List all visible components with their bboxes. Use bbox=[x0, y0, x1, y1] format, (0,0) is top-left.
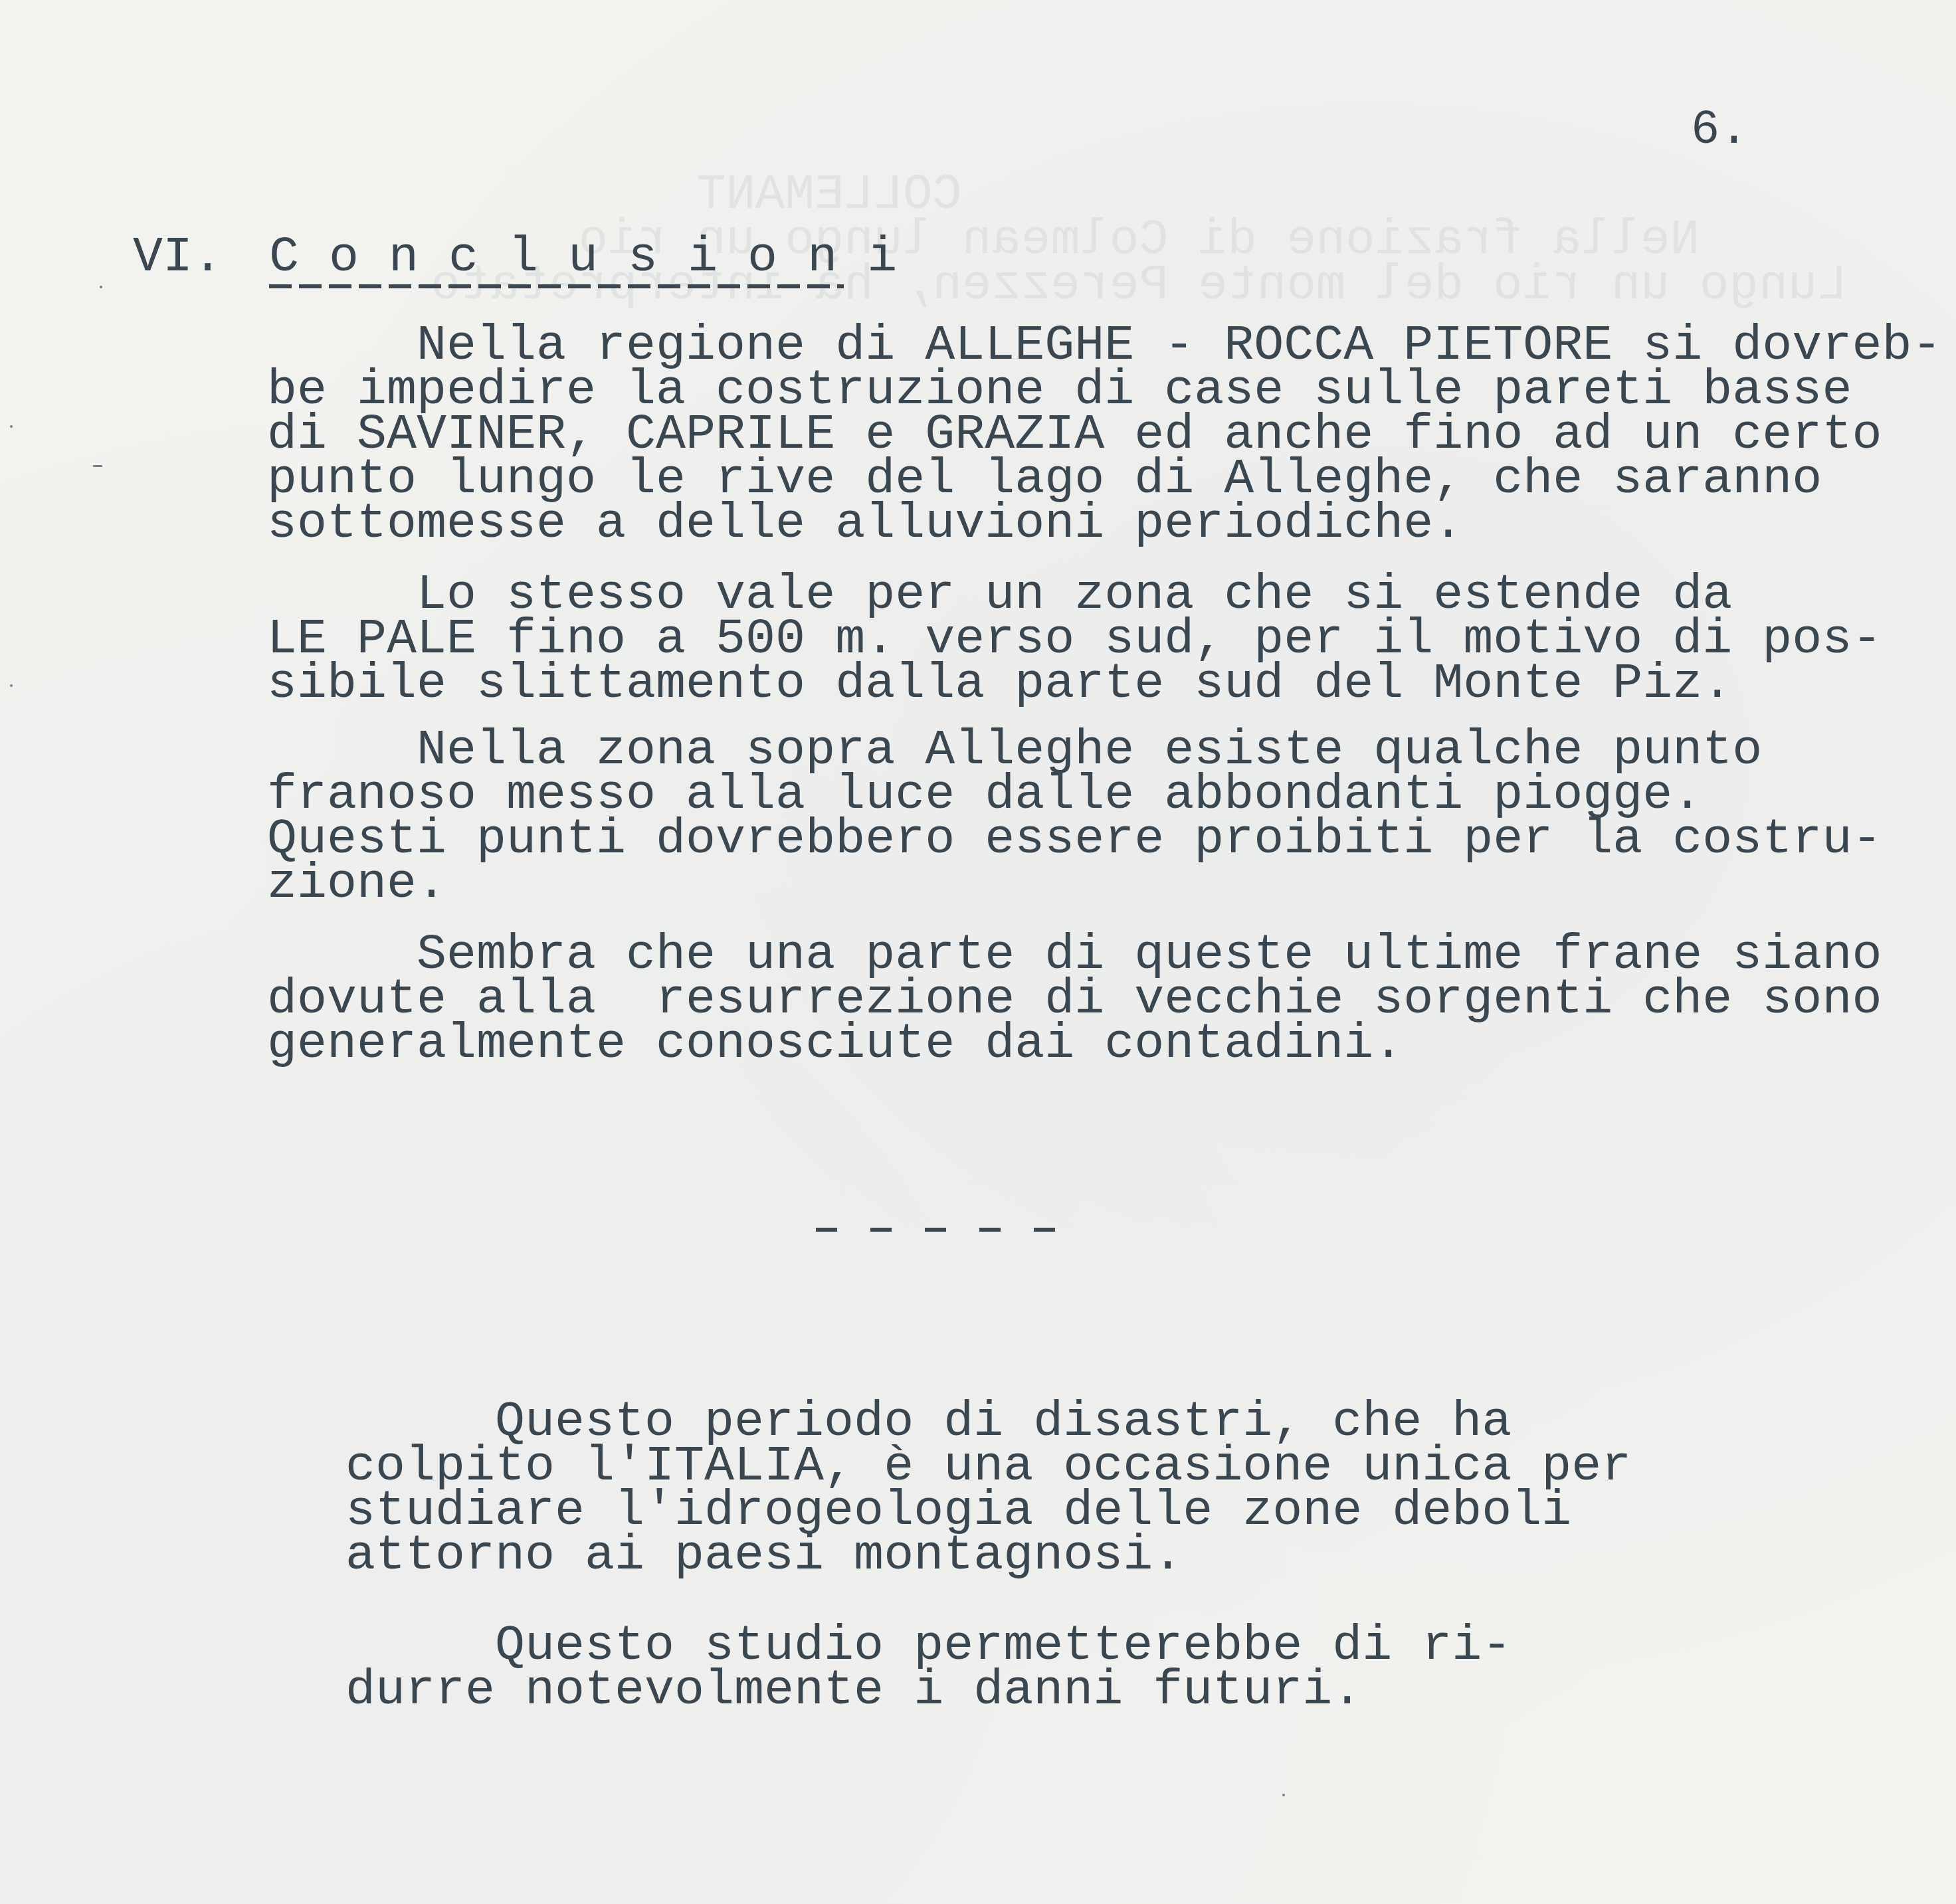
paper-speck bbox=[10, 425, 13, 428]
paper-speck bbox=[10, 684, 13, 687]
section-title-underline bbox=[269, 284, 844, 288]
section-title: C o n c l u s i o n i bbox=[269, 233, 897, 282]
text-line: Questi punti dovrebbero essere proibiti … bbox=[267, 814, 1882, 864]
paper-speck bbox=[1282, 1794, 1285, 1796]
dash-separator bbox=[816, 1228, 1082, 1232]
text-line: attorno ai paesi montagnosi. bbox=[345, 1531, 1183, 1580]
text-line: durre notevolmente i danni futuri. bbox=[345, 1666, 1362, 1715]
text-line: zione. bbox=[267, 859, 446, 909]
section-number: VI. bbox=[133, 233, 223, 282]
page-number: 6. bbox=[1691, 106, 1748, 154]
text-line: sottomesse a delle alluvioni periodiche. bbox=[267, 499, 1463, 549]
text-line: generalmente conosciute dai contadini. bbox=[267, 1019, 1403, 1069]
paper-speck bbox=[100, 286, 102, 288]
paper-speck bbox=[93, 465, 102, 467]
text-line: sibile slittamento dalla parte sud del M… bbox=[267, 659, 1732, 709]
